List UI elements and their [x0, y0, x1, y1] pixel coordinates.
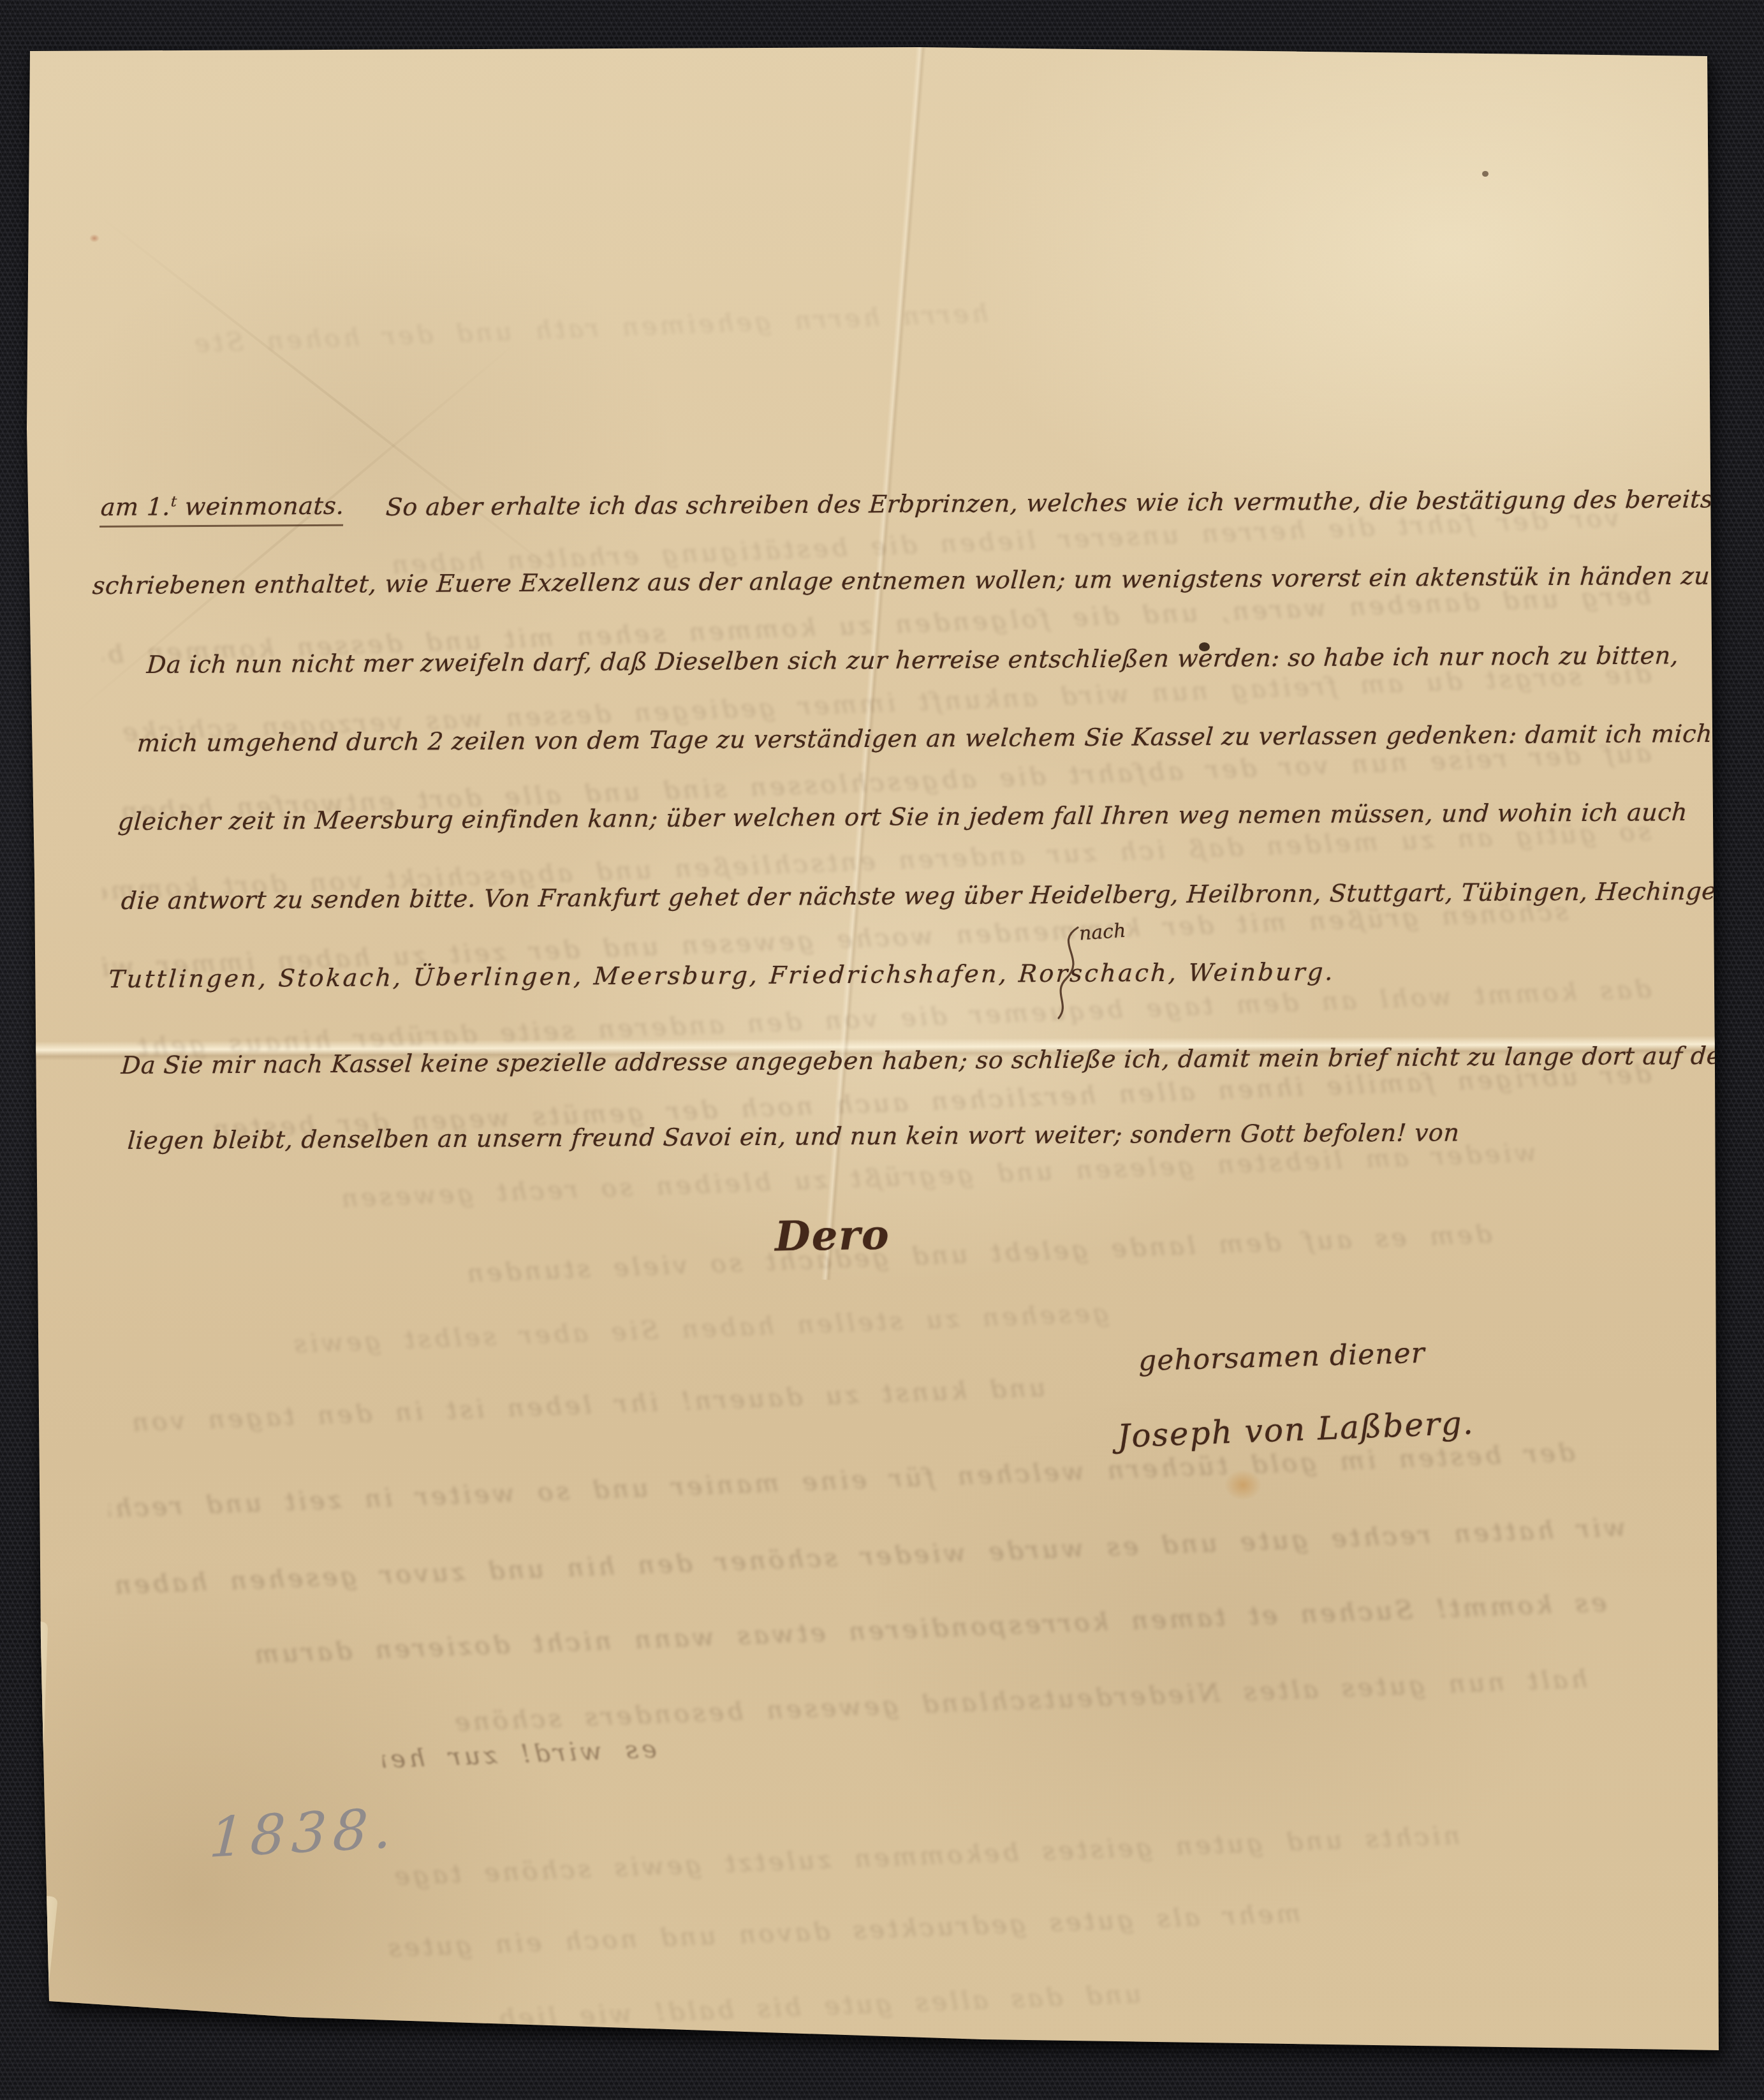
archivist-year-note: 1838. [208, 1796, 400, 1870]
dateline: am 1.t weinmonats. [100, 492, 346, 521]
letter-sheet-wrapper: herrn herrn geheimen rath und der hohen … [26, 46, 1723, 2054]
body-line-5: gleicher zeit in Meersburg einfinden kan… [117, 798, 1689, 836]
letter-page: herrn herrn geheimen rath und der hohen … [26, 46, 1723, 2054]
dateline-underlined: am 1.t weinmonats. [99, 492, 345, 528]
letter-body: am 1.t weinmonats. So aber erhalte ich d… [26, 46, 1723, 2054]
signature-name: Joseph von Laßberg. [1117, 1404, 1475, 1454]
valediction: Dero [774, 1211, 890, 1261]
body-line-1: So aber erhalte ich das schreiben des Er… [385, 484, 1764, 521]
body-line-6: die antwort zu senden bitte. Von Frankfu… [121, 876, 1742, 915]
body-line-2: schriebenen enthaltet, wie Euere Exzelle… [92, 561, 1764, 600]
dateline-text: am 1. [100, 492, 172, 521]
insertion-flourish [1045, 925, 1096, 1021]
dateline-text: weinmonats. [176, 492, 345, 521]
body-line-7-route: Tuttlingen, Stokach, Überlingen, Meersbu… [108, 958, 1336, 993]
body-line-4: mich umgehend durch 2 zeilen von dem Tag… [136, 720, 1751, 757]
body-line-3: Da ich nun nicht mer zweifeln darf, daß … [146, 641, 1680, 679]
body-line-9: liegen bleibt, denselben an unsern freun… [127, 1118, 1460, 1155]
signature-role: gehorsamen diener [1138, 1337, 1425, 1378]
body-line-8: Da Sie mir nach Kassel keine spezielle a… [121, 1041, 1764, 1079]
